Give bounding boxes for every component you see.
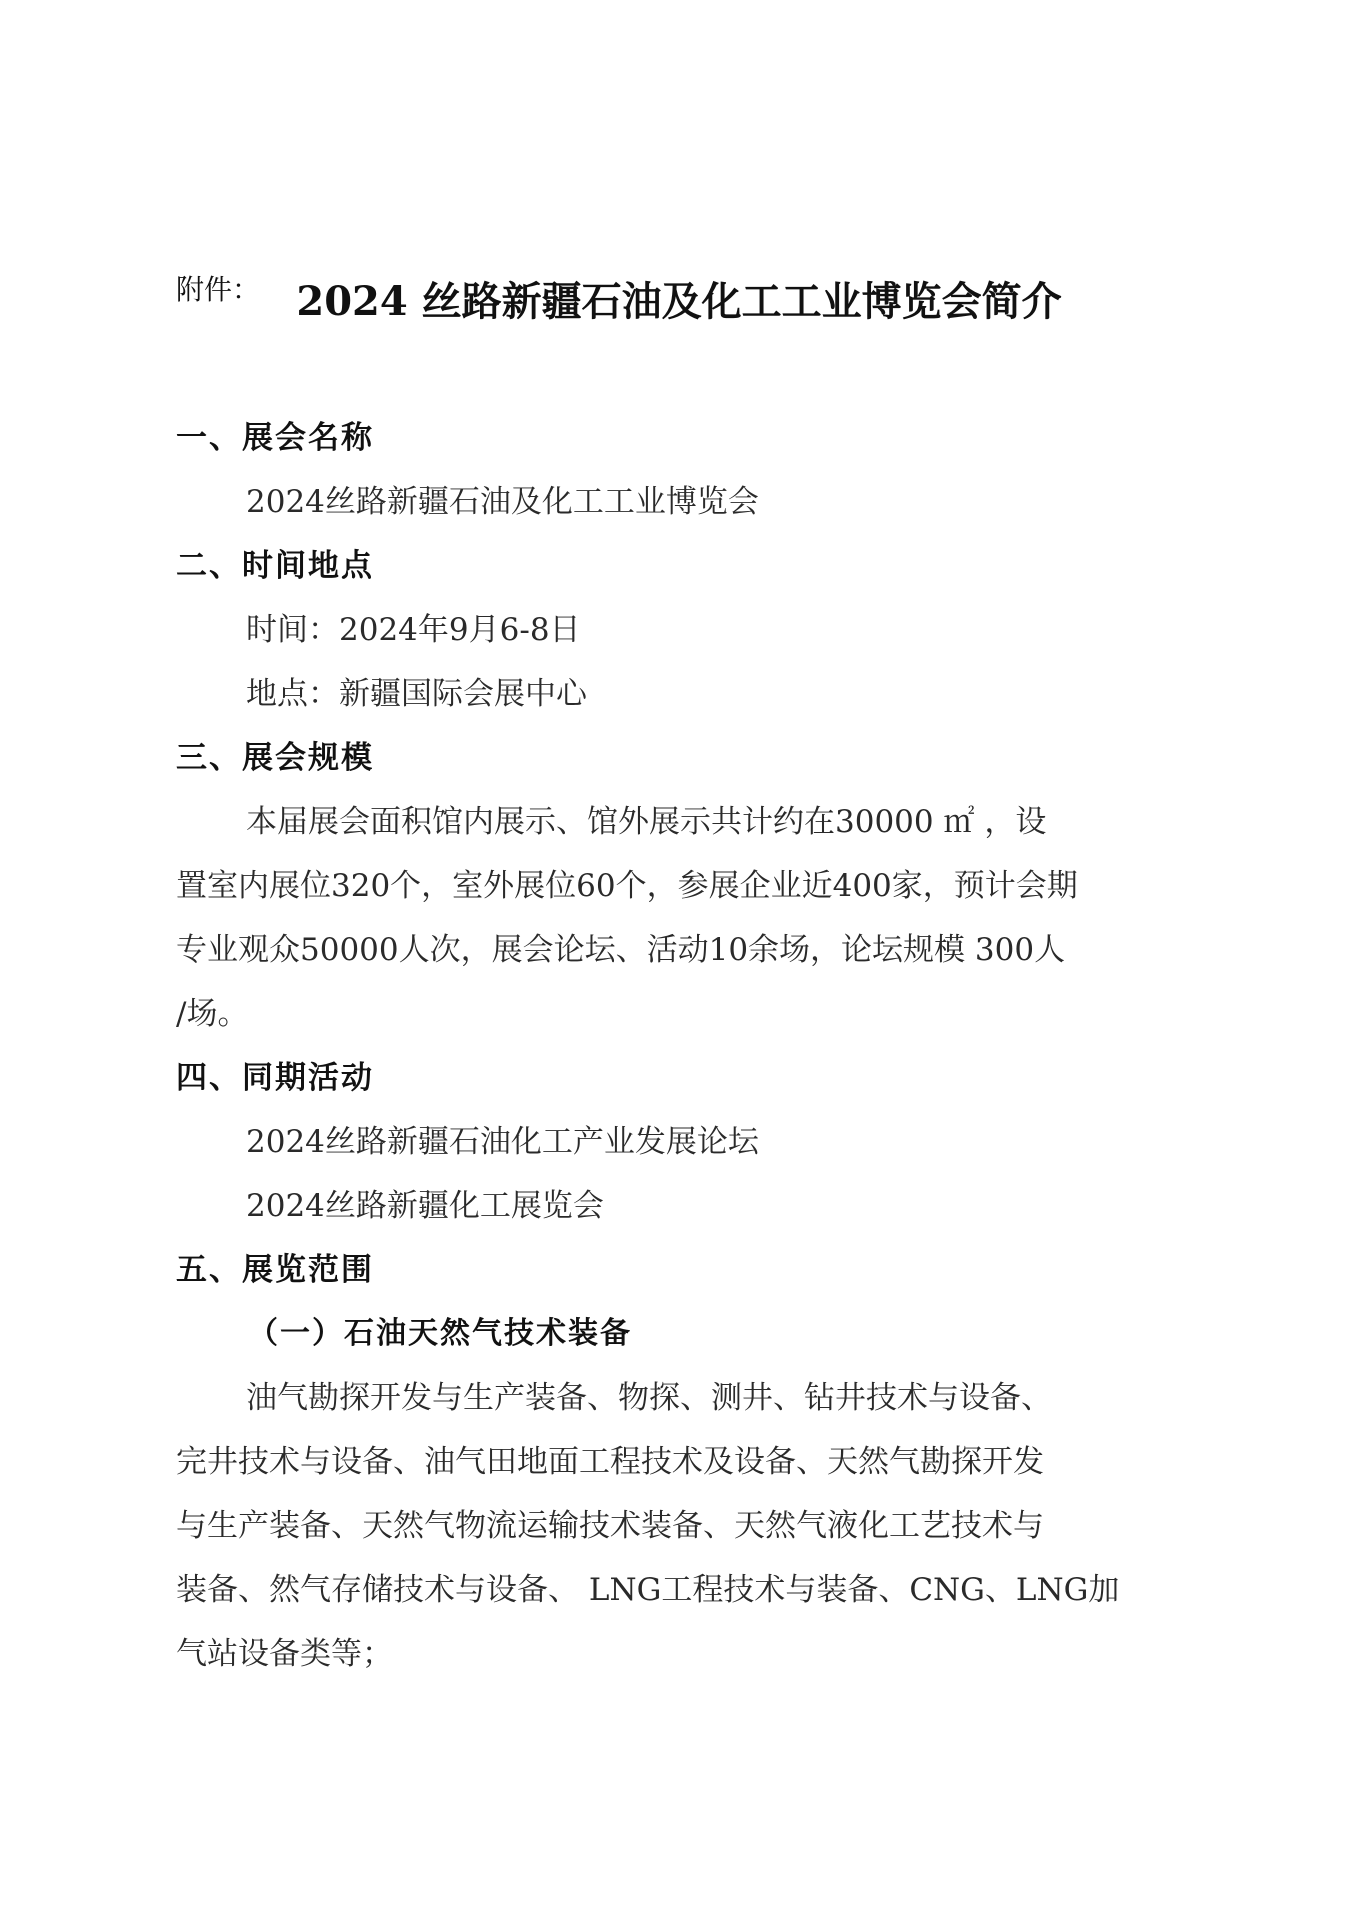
subsection-heading-oil-gas-equipment: （一）石油天然气技术装备	[248, 1314, 632, 1354]
section-heading-concurrent-events: 四、同期活动	[176, 1058, 374, 1098]
scope-paragraph-line: 与生产装备、天然气物流运输技术装备、天然气液化工艺技术与	[176, 1506, 1044, 1546]
document-page: 附件： 2024 丝路新疆石油及化工工业博览会简介 一、展会名称 2024丝路新…	[0, 0, 1358, 1920]
scale-paragraph-line: 专业观众50000人次，展会论坛、活动10余场，论坛规模 300人	[176, 930, 1065, 970]
section-heading-exhibit-scope: 五、展览范围	[176, 1250, 374, 1290]
scope-paragraph-line: 气站设备类等；	[176, 1634, 393, 1674]
scale-paragraph-line: /场。	[176, 994, 248, 1034]
concurrent-event-item: 2024丝路新疆化工展览会	[246, 1186, 604, 1226]
exhibition-name-text: 2024丝路新疆石油及化工工业博览会	[246, 482, 759, 522]
place-text: 地点：新疆国际会展中心	[246, 674, 587, 714]
scale-paragraph-line: 本届展会面积馆内展示、馆外展示共计约在30000 ㎡ ，设	[246, 802, 1188, 842]
scale-paragraph-line: 置室内展位320个，室外展位60个，参展企业近400家，预计会期	[176, 866, 1078, 906]
concurrent-event-item: 2024丝路新疆石油化工产业发展论坛	[246, 1122, 759, 1162]
section-heading-scale: 三、展会规模	[176, 738, 374, 778]
document-title: 2024 丝路新疆石油及化工工业博览会简介	[0, 276, 1358, 328]
section-heading-time-place: 二、时间地点	[176, 546, 374, 586]
section-heading-exhibition-name: 一、展会名称	[176, 418, 374, 458]
scope-paragraph-line: 完井技术与设备、油气田地面工程技术及设备、天然气勘探开发	[176, 1442, 1044, 1482]
scope-paragraph-line: 油气勘探开发与生产装备、物探、测井、钻井技术与设备、	[246, 1378, 1052, 1418]
scope-paragraph-line: 装备、然气存储技术与设备、 LNG工程技术与装备、CNG、LNG加	[176, 1570, 1119, 1610]
time-text: 时间：2024年9月6-8日	[246, 610, 581, 650]
